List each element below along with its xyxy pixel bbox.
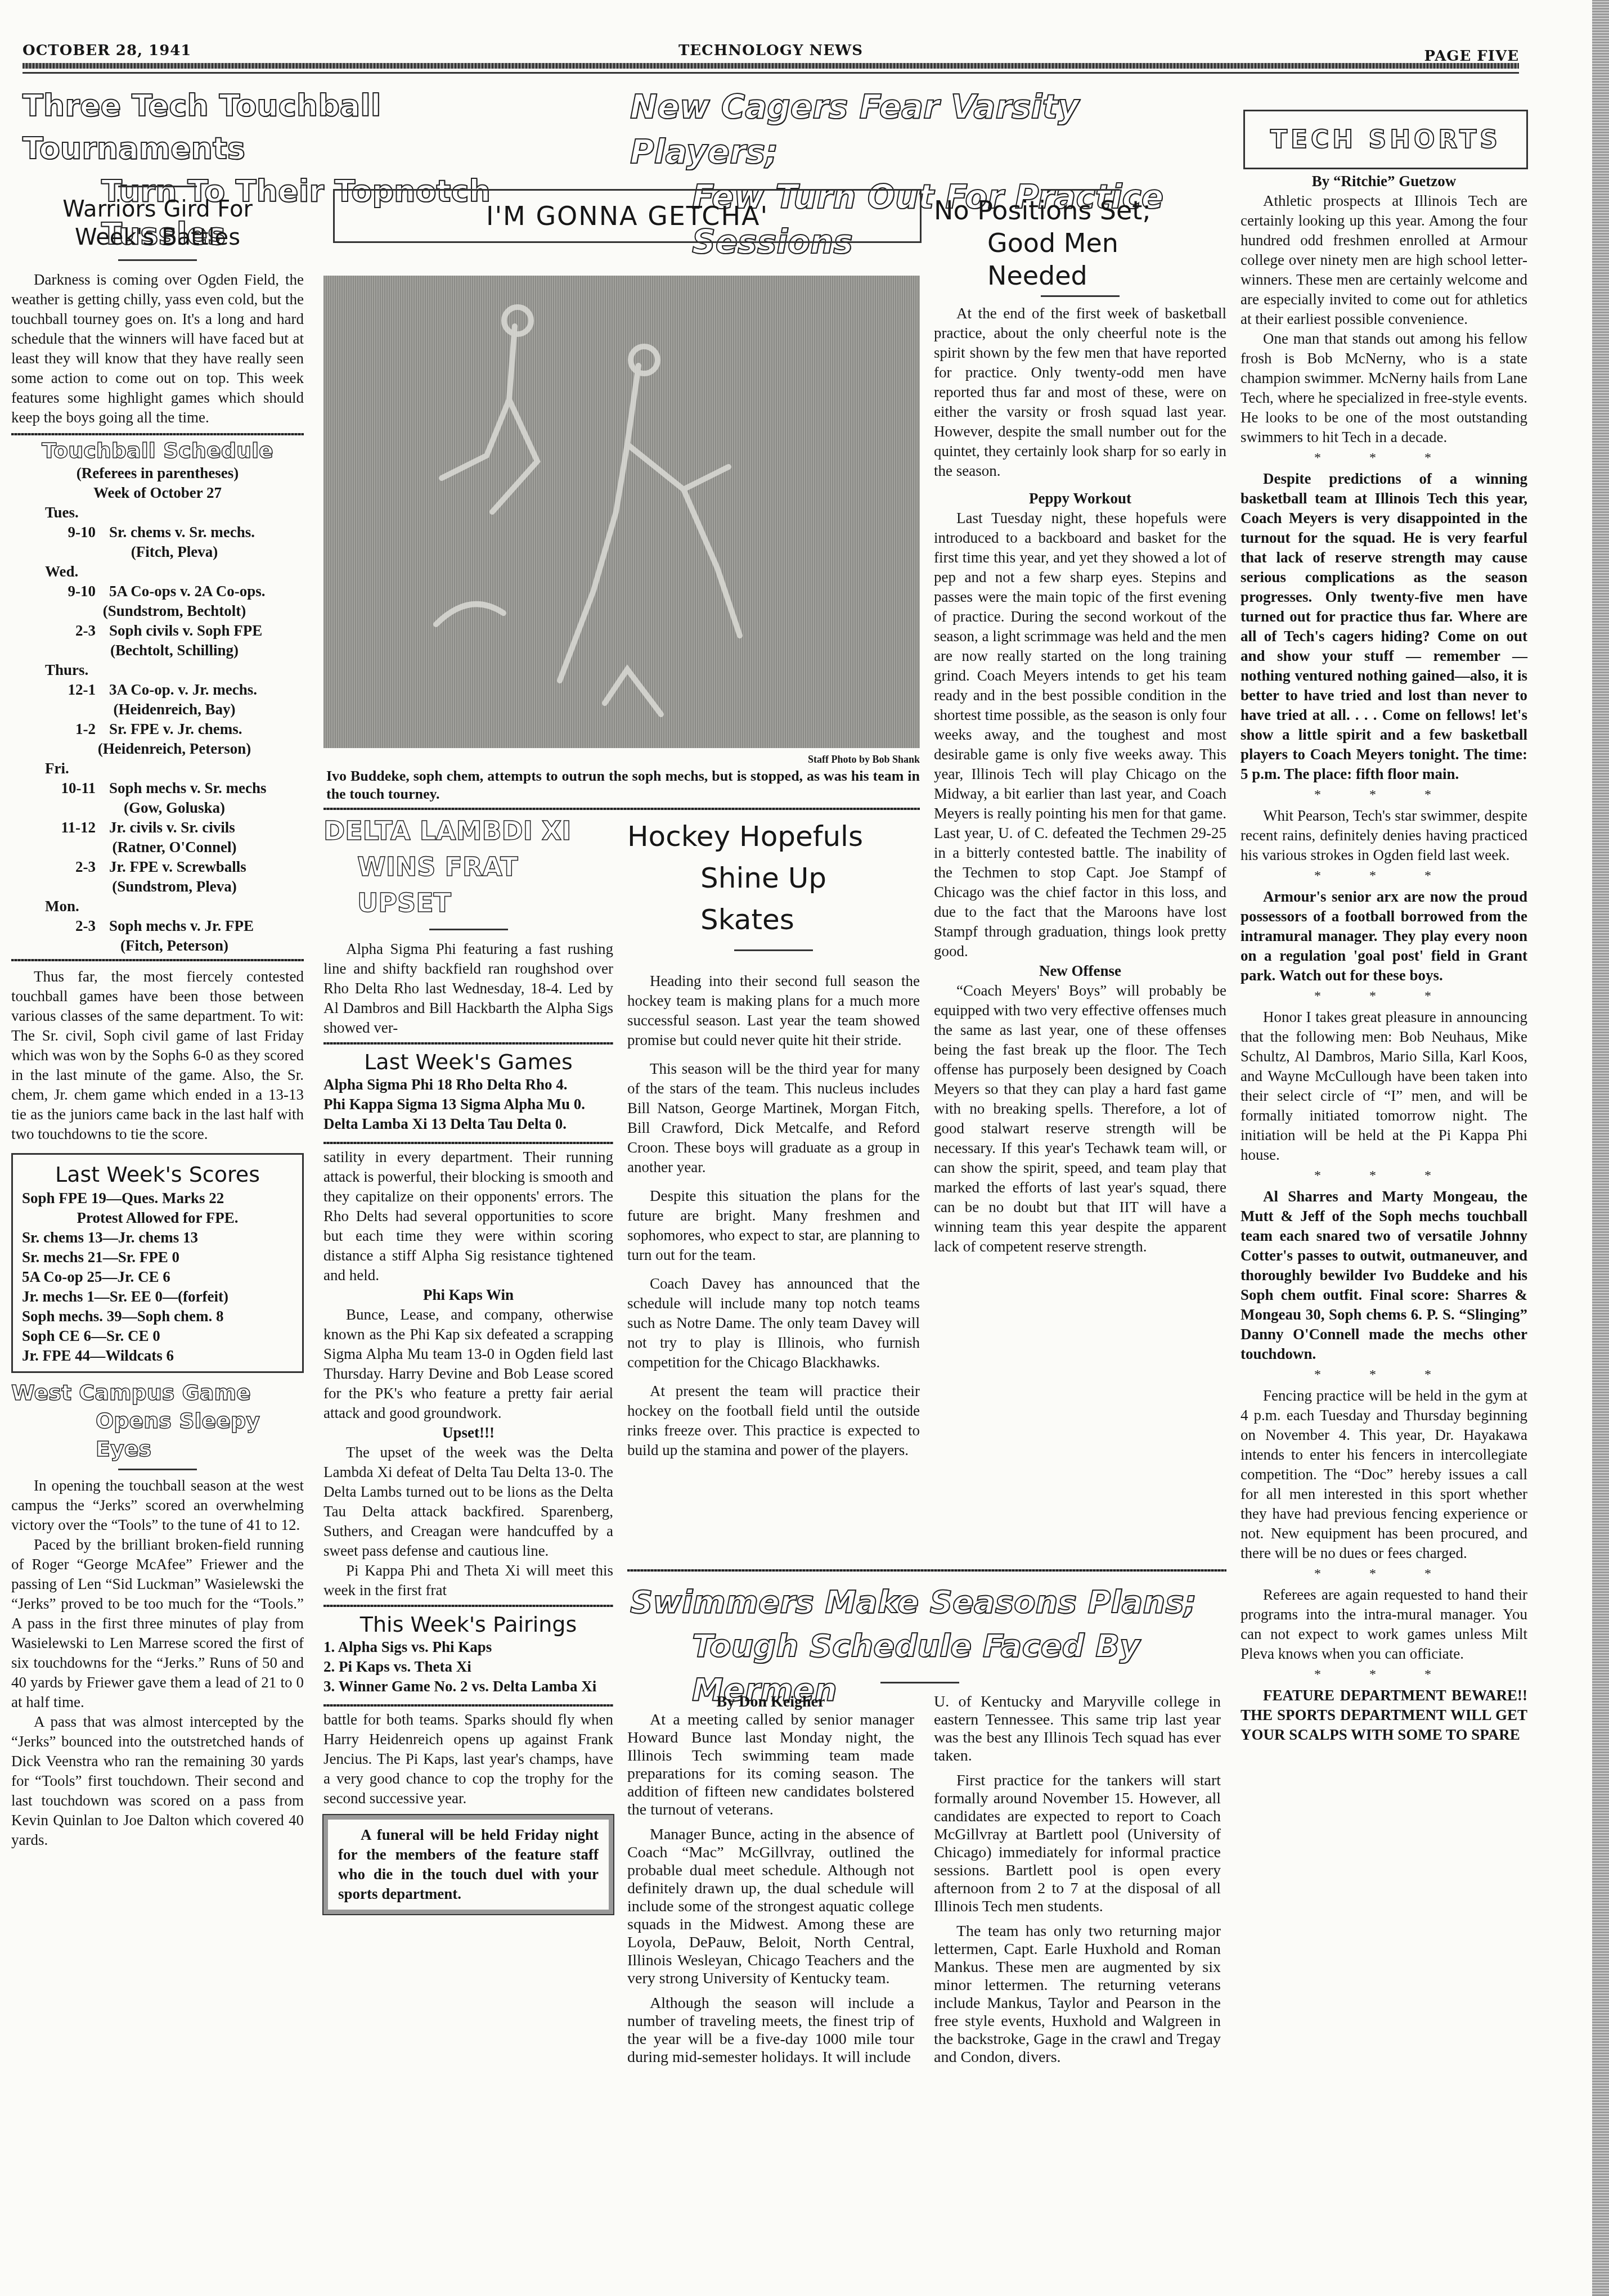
swimmers-paragraph: First practice for the tankers will star… [934,1772,1221,1916]
swimmers-column-2: U. of Kentucky and Maryville college in … [934,1693,1221,2067]
hockey-paragraph: This season will be the third year for m… [627,1059,920,1177]
delta-subhead: Upset!!! [323,1423,613,1443]
hockey-paragraph: Heading into their second full season th… [627,971,920,1050]
tech-shorts-item: FEATURE DEPARTMENT BEWARE!! THE SPORTS D… [1241,1686,1527,1745]
divider [1041,295,1120,297]
warriors-headline: Warriors Gird For Week's Battles [11,195,304,251]
game-referees: (Heidenreich, Peterson) [11,739,304,759]
tech-shorts-item: Referees are again requested to hand the… [1241,1585,1527,1664]
separator-stars: * * * [1241,1564,1527,1584]
game-referees: (Fitch, Peterson) [11,936,304,956]
game-time: 9-10 [11,582,109,601]
pairings-list: 1. Alpha Sigs vs. Phi Kaps2. Pi Kaps vs.… [323,1637,613,1696]
game-time: 10-11 [11,778,109,798]
headline-line: Three Tech Touchball Tournaments [23,84,574,170]
games-list: Alpha Sigma Phi 18 Rho Delta Rho 4.Phi K… [323,1075,613,1134]
divider [1041,189,1120,191]
divider [323,1704,613,1707]
tech-shorts-byline: By “Ritchie” Guetzow [1241,172,1527,191]
schedule-day: Fri. [45,759,304,778]
funeral-notice-box: A funeral will be held Friday night for … [323,1815,613,1914]
game-referees: (Gow, Goluska) [11,798,304,818]
score-row: Soph CE 6—Sr. CE 0 [22,1326,293,1346]
players-silhouette-icon [323,276,920,748]
divider [323,1142,613,1144]
separator-stars: * * * [1241,1665,1527,1685]
schedule-day: Wed. [45,562,304,582]
tech-shorts-title-box: TECH SHORTS [1243,110,1528,169]
schedule-game: 10-11Soph mechs v. Sr. mechs [11,778,304,798]
divider [11,433,304,435]
game-referees: (Fitch, Pleva) [11,542,304,562]
tech-shorts-title: TECH SHORTS [1270,125,1501,154]
game-referees: (Sundstrom, Bechtolt) [11,601,304,621]
tech-shorts-item: Armour's senior arx are now the proud po… [1241,887,1527,985]
warriors-body: Darkness is coming over Ogden Field, the… [11,270,304,427]
swimmers-paragraph: Although the season will include a numbe… [627,1995,914,2067]
headline-line: Good Men Needed [934,227,1226,292]
west-campus-paragraph: In opening the touchball season at the w… [11,1476,304,1535]
basketball-subhead: New Offense [934,961,1226,981]
delta-paragraph: Bunce, Lease, and company, otherwise kno… [323,1305,613,1423]
separator-stars: * * * [1241,866,1527,886]
game-time: 9-10 [11,523,109,542]
scores-list: Soph FPE 19—Ques. Marks 22Protest Allowe… [22,1188,293,1366]
scan-edge [1592,0,1609,2296]
score-row: Sr. mechs 21—Sr. FPE 0 [22,1248,293,1267]
last-week-scores-box: Last Week's Scores Soph FPE 19—Ques. Mar… [11,1153,304,1373]
headline-line: Warriors Gird For [11,195,304,223]
headline-line: DELTA LAMBDI XI [323,813,613,849]
game-time: 12-1 [11,680,109,700]
schedule-day: Mon. [45,897,304,916]
game-result: Alpha Sigma Phi 18 Rho Delta Rho 4. [323,1075,613,1095]
score-row: Sr. chems 13—Jr. chems 13 [22,1228,293,1248]
swimmers-paragraph: Manager Bunce, acting in the absence of … [627,1826,914,1988]
headline-line: New Cagers Fear Varsity Players; [630,84,1226,174]
game-result: Delta Lamba Xi 13 Delta Tau Delta 0. [323,1114,613,1134]
headline-line: Shine Up Skates [627,857,920,940]
divider [429,929,508,930]
tech-shorts-item: Athletic prospects at Illinois Tech are … [1241,191,1527,329]
basketball-paragraph: “Coach Meyers' Boys” will probably be eq… [934,981,1226,1257]
swimmers-headline: Swimmers Make Seasons Plans; Tough Sched… [630,1581,1226,1712]
game-referees: (Bechtolt, Schilling) [11,641,304,660]
divider [323,1605,613,1607]
headline-line: WINS FRAT UPSET [323,849,613,921]
tech-shorts-item: Fencing practice will be held in the gym… [1241,1386,1527,1563]
delta-paragraph: The upset of the week was the Delta Lamb… [323,1443,613,1561]
column-2: DELTA LAMBDI XI WINS FRAT UPSET Alpha Si… [323,813,613,1914]
game-time: 2-3 [11,621,109,641]
delta-headline: DELTA LAMBDI XI WINS FRAT UPSET [323,813,613,921]
headline-line: Hockey Hopefuls [627,816,920,857]
separator-stars: * * * [1241,1365,1527,1385]
game-result: Phi Kappa Sigma 13 Sigma Alpha Mu 0. [323,1095,613,1114]
game-time: 1-2 [11,719,109,739]
basketball-paragraph: Last Tuesday night, these hopefuls were … [934,508,1226,961]
game-match: 3A Co-op. v. Jr. mechs. [109,680,257,700]
contested-body: Thus far, the most fiercely contested to… [11,967,304,1144]
game-referees: (Ratner, O'Connel) [11,838,304,857]
divider [118,259,197,261]
schedule-week: Week of October 27 [11,483,304,503]
schedule-game: 2-3Jr. FPE v. Screwballs [11,857,304,877]
last-week-games: Last Week's Games Alpha Sigma Phi 18 Rho… [323,1049,613,1134]
delta-subhead: Phi Kaps Win [323,1285,613,1305]
score-row: Jr. mechs 1—Sr. EE 0—(forfeit) [22,1287,293,1307]
pairings-title: This Week's Pairings [323,1611,613,1637]
hockey-paragraph: Despite this situation the plans for the… [627,1186,920,1265]
schedule-game: 2-3Soph mechs v. Jr. FPE [11,916,304,936]
divider [118,1469,197,1470]
tech-shorts-item: Al Sharres and Marty Mongeau, the Mutt &… [1241,1187,1527,1364]
score-row: Jr. FPE 44—Wildcats 6 [22,1346,293,1366]
hockey-headline: Hockey Hopefuls Shine Up Skates [627,816,920,940]
separator-stars: * * * [1241,1166,1527,1186]
divider [627,1569,1226,1572]
score-row: Soph FPE 19—Ques. Marks 22 [22,1188,293,1208]
schedule-game: 11-12Jr. civils v. Sr. civils [11,818,304,838]
game-time: 2-3 [11,857,109,877]
page-number: PAGE FIVE [1424,48,1519,65]
game-referees: (Heidenreich, Bay) [11,700,304,719]
separator-stars: * * * [1241,785,1527,805]
schedule-game: 2-3Soph civils v. Soph FPE [11,621,304,641]
headline-line: Opens Sleepy Eyes [11,1407,304,1463]
pairing-row: 1. Alpha Sigs vs. Phi Kaps [323,1637,613,1657]
pairing-row: 2. Pi Kaps vs. Theta Xi [323,1657,613,1677]
column-3-hockey: Hockey Hopefuls Shine Up Skates Heading … [627,816,920,1460]
score-row: Soph mechs. 39—Soph chem. 8 [22,1307,293,1326]
schedule-day: Tues. [45,503,304,523]
masthead-rule-thin [23,72,1519,74]
pairing-row: 3. Winner Game No. 2 vs. Delta Lamba Xi [323,1677,613,1696]
tech-shorts-item: Whit Pearson, Tech's star swimmer, despi… [1241,806,1527,865]
touchball-schedule: Touchball Schedule (Referees in parenthe… [11,438,304,956]
delta-paragraph: battle for both teams. Sparks should fly… [323,1710,613,1808]
game-match: Sr. FPE v. Jr. chems. [109,719,242,739]
headline-line: West Campus Game [11,1379,304,1407]
tech-shorts-item: Honor I takes great pleasure in announci… [1241,1007,1527,1165]
game-time: 11-12 [11,818,109,838]
hockey-paragraph: At present the team will practice their … [627,1381,920,1460]
delta-paragraph: Pi Kappa Phi and Theta Xi will meet this… [323,1561,613,1600]
funeral-notice: A funeral will be held Friday night for … [338,1825,599,1904]
photo-title: I'M GONNA GETCHA' [486,201,768,231]
delta-paragraph: Alpha Sigma Phi featuring a fast rushing… [323,939,613,1038]
divider [11,959,304,961]
game-match: Soph mechs v. Jr. FPE [109,916,254,936]
schedule-game: 1-2Sr. FPE v. Jr. chems. [11,719,304,739]
last-games-title: Last Week's Games [323,1049,613,1075]
delta-paragraph: satility in every department. Their runn… [323,1147,613,1285]
score-row: 5A Co-op 25—Jr. CE 6 [22,1267,293,1287]
game-referees: (Sundstrom, Pleva) [11,877,304,897]
game-match: Soph mechs v. Sr. mechs [109,778,267,798]
divider [323,808,920,810]
basketball-headline: No Positions Set; Good Men Needed [934,194,1226,292]
divider [118,186,197,187]
paper-name: TECHNOLOGY NEWS [23,42,1519,59]
swimmers-paragraph: At a meeting called by senior manager Ho… [627,1711,914,1819]
game-time: 2-3 [11,916,109,936]
swimmers-column-1: By Don Keigher At a meeting called by se… [627,1693,914,2067]
tech-shorts-column: By “Ritchie” Guetzow Athletic prospects … [1241,172,1527,1745]
schedule-list: Tues.9-10Sr. chems v. Sr. mechs.(Fitch, … [11,503,304,956]
game-match: 5A Co-ops v. 2A Co-ops. [109,582,266,601]
headline-line: Swimmers Make Seasons Plans; [630,1581,1226,1624]
tech-shorts-item: One man that stands out among his fellow… [1241,329,1527,447]
swimmers-paragraph: U. of Kentucky and Maryville college in … [934,1693,1221,1765]
hockey-paragraph: Coach Davey has announced that the sched… [627,1274,920,1372]
game-match: Sr. chems v. Sr. mechs. [109,523,255,542]
divider [323,1042,613,1045]
column-1: Warriors Gird For Week's Battles Darknes… [11,186,304,1850]
schedule-title: Touchball Schedule [11,438,304,463]
masthead-rule [23,63,1519,69]
tech-shorts-items: Athletic prospects at Illinois Tech are … [1241,191,1527,1745]
basketball-paragraph: At the end of the first week of basketba… [934,304,1226,481]
this-week-pairings: This Week's Pairings 1. Alpha Sigs vs. P… [323,1611,613,1696]
game-match: Jr. FPE v. Screwballs [109,857,246,877]
touchball-photo [323,276,920,748]
photo-title-box: I'M GONNA GETCHA' [333,189,922,243]
schedule-game: 9-105A Co-ops v. 2A Co-ops. [11,582,304,601]
swimmers-byline: By Don Keigher [627,1693,914,1711]
score-row: Protest Allowed for FPE. [22,1208,293,1228]
basketball-subhead: Peppy Workout [934,489,1226,508]
schedule-subtitle: (Referees in parentheses) [11,463,304,483]
scores-title: Last Week's Scores [22,1160,293,1188]
west-campus-paragraph: Paced by the brilliant broken-field runn… [11,1535,304,1712]
column-4-basketball: No Positions Set; Good Men Needed At the… [934,189,1226,1257]
photo-caption: Ivo Buddeke, soph chem, attempts to outr… [326,767,920,803]
game-match: Jr. civils v. Sr. civils [109,818,235,838]
divider [734,949,813,951]
tech-shorts-item: Despite predictions of a winning basketb… [1241,469,1527,784]
masthead: OCTOBER 28, 1941 TECHNOLOGY NEWS PAGE FI… [23,42,1519,65]
photo-credit: Staff Photo by Bob Shank [323,754,920,766]
schedule-game: 12-13A Co-op. v. Jr. mechs. [11,680,304,700]
west-campus-paragraph: A pass that was almost intercepted by th… [11,1712,304,1850]
headline-line: Week's Battles [11,223,304,251]
game-match: Soph civils v. Soph FPE [109,621,262,641]
separator-stars: * * * [1241,448,1527,468]
headline-line: No Positions Set; [934,194,1226,227]
swimmers-paragraph: The team has only two returning major le… [934,1923,1221,2067]
schedule-day: Thurs. [45,660,304,680]
schedule-game: 9-10Sr. chems v. Sr. mechs. [11,523,304,542]
separator-stars: * * * [1241,987,1527,1006]
west-campus-headline: West Campus Game Opens Sleepy Eyes [11,1379,304,1463]
divider [880,1682,959,1683]
